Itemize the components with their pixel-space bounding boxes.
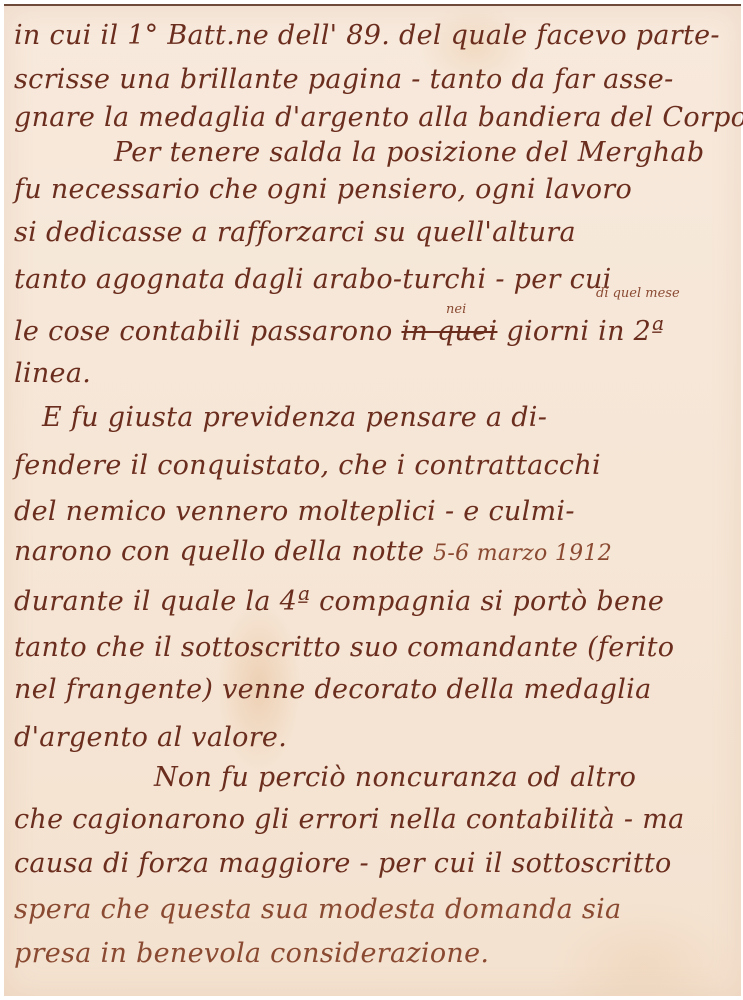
line-13-text: narono con quello della notte <box>14 536 424 567</box>
text-line-19: che cagionarono gli errori nella contabi… <box>14 806 685 833</box>
insertion-above-end: di quel mese <box>596 286 680 301</box>
line-8-after: giorni in 2ª <box>506 316 664 347</box>
text-line-14: durante il quale la 4ª compagnia si port… <box>14 588 664 615</box>
text-line-9: linea. <box>14 360 91 387</box>
paragraph-start-line-10: E fu giusta previdenza pensare a di- <box>42 404 547 431</box>
text-line-12: del nemico vennero molteplici - e culmi- <box>14 498 575 525</box>
paragraph-start-line-18: Non fu perciò noncuranza od altro <box>154 764 636 791</box>
text-line-8: le cose contabili passarono in quei gior… <box>14 318 664 345</box>
text-line-7: tanto agognata dagli arabo-turchi - per … <box>14 266 612 293</box>
text-line-22: presa in benevola considerazione. <box>14 940 489 967</box>
date-annotation: 5-6 marzo 1912 <box>433 541 612 566</box>
struck-correction: in quei <box>401 316 497 347</box>
text-line-16: nel frangente) venne decorato della meda… <box>14 676 652 703</box>
paragraph-start-line-4: Per tenere salda la posizione del Mergha… <box>114 139 704 166</box>
text-line-5: fu necessario che ogni pensiero, ogni la… <box>14 176 632 203</box>
line-8-before: le cose contabili passarono <box>14 316 393 347</box>
text-line-13: narono con quello della notte 5-6 marzo … <box>14 538 612 565</box>
text-line-3: gnare la medaglia d'argento alla bandier… <box>14 104 743 131</box>
text-line-2: scrisse una brillante pagina - tanto da … <box>14 66 674 93</box>
text-line-15: tanto che il sottoscritto suo comandante… <box>14 634 674 661</box>
text-line-6: si dedicasse a rafforzarci su quell'altu… <box>14 219 576 246</box>
text-line-17: d'argento al valore. <box>14 724 287 751</box>
text-line-20: causa di forza maggiore - per cui il sot… <box>14 850 672 877</box>
letter-page: in cui il 1° Batt.ne dell' 89. del quale… <box>4 4 741 996</box>
insertion-above-struck: nei <box>446 302 466 317</box>
text-line-1: in cui il 1° Batt.ne dell' 89. del quale… <box>14 22 720 49</box>
text-line-11: fendere il conquistato, che i contrattac… <box>14 452 601 479</box>
text-line-21: spera che questa sua modesta domanda sia <box>14 896 621 923</box>
